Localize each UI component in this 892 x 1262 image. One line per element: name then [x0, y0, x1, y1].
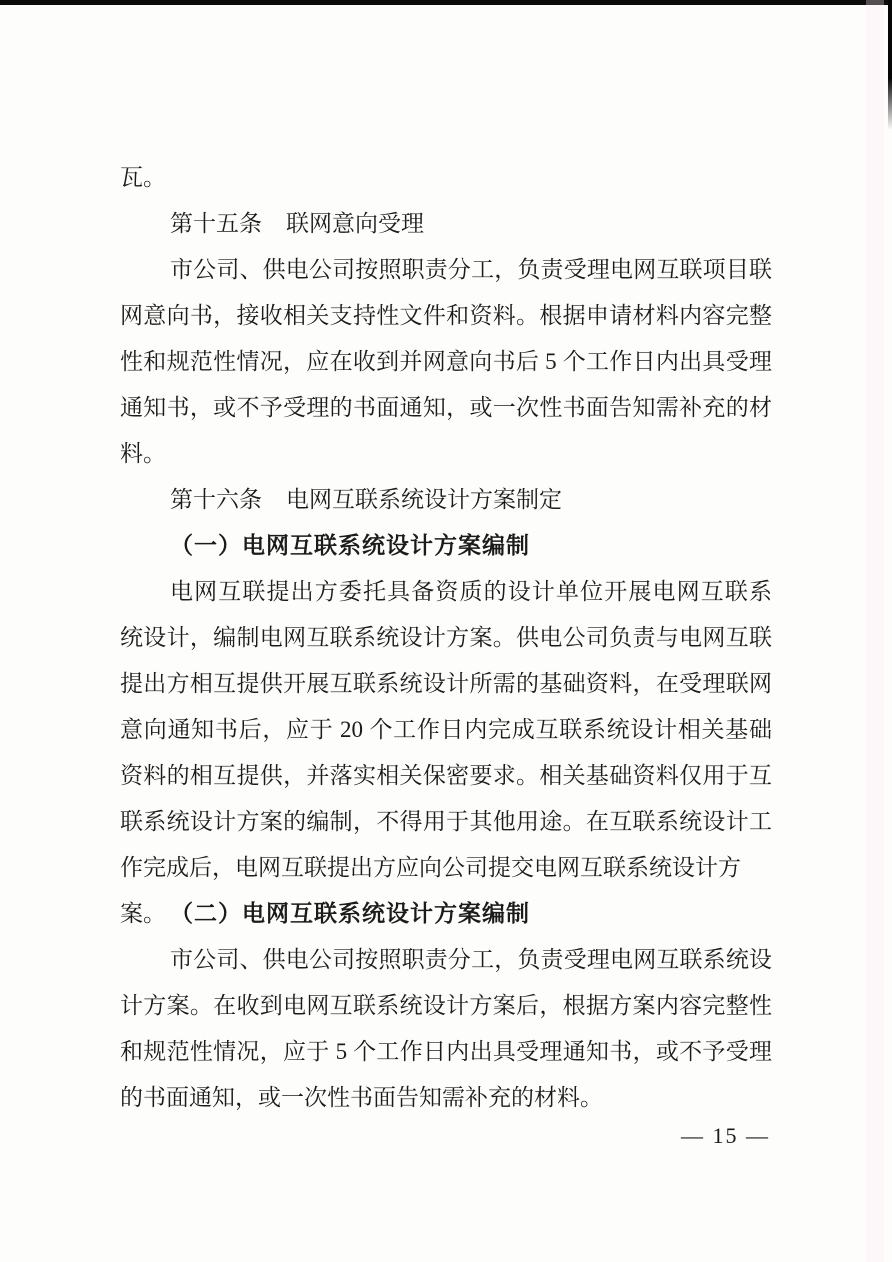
text-line: 计方案。在收到电网互联系统设计方案后，根据方案内容完整性 — [120, 983, 772, 1029]
text-line: 料。 — [120, 431, 772, 477]
text-line: 和规范性情况，应于 5 个工作日内出具受理通知书，或不予受理 — [120, 1029, 772, 1075]
scan-tint-streak — [866, 0, 884, 1262]
article-number: 第十五条 — [170, 211, 262, 236]
clause-heading: （二）电网互联系统设计方案编制 — [120, 891, 772, 937]
text-line: 提出方相互提供开展互联系统设计所需的基础资料，在受理联网 — [120, 661, 772, 707]
document-page: 瓦。第十五条联网意向受理市公司、供电公司按照职责分工，负责受理电网互联项目联网意… — [0, 0, 892, 1262]
article-heading: 第十五条联网意向受理 — [120, 201, 772, 247]
document-body: 瓦。第十五条联网意向受理市公司、供电公司按照职责分工，负责受理电网互联项目联网意… — [120, 155, 772, 1121]
scan-top-edge-bar — [0, 0, 892, 5]
article-heading: 第十六条电网互联系统设计方案制定 — [120, 477, 772, 523]
text-line: 资料的相互提供，并落实相关保密要求。相关基础资料仅用于互 — [120, 753, 772, 799]
text-line: 电网互联提出方委托具备资质的设计单位开展电网互联系 — [120, 569, 772, 615]
article-title: 联网意向受理 — [286, 211, 424, 236]
text-line: 联系统设计方案的编制，不得用于其他用途。在互联系统设计工 — [120, 799, 772, 845]
text-line: 作完成后，电网互联提出方应向公司提交电网互联系统设计方案。 — [120, 845, 772, 891]
article-number: 第十六条 — [170, 487, 262, 512]
text-line: 市公司、供电公司按照职责分工，负责受理电网互联项目联 — [120, 247, 772, 293]
continuation-line: 瓦。 — [120, 155, 772, 201]
page-number: — 15 — — [120, 1121, 770, 1151]
text-line: 市公司、供电公司按照职责分工，负责受理电网互联系统设 — [120, 937, 772, 983]
text-line: 的书面通知，或一次性书面告知需补充的材料。 — [120, 1075, 772, 1121]
text-line: 统设计，编制电网互联系统设计方案。供电公司负责与电网互联 — [120, 615, 772, 661]
article-title: 电网互联系统设计方案制定 — [286, 487, 562, 512]
text-line: 网意向书，接收相关支持性文件和资料。根据申请材料内容完整 — [120, 293, 772, 339]
text-line: 性和规范性情况，应在收到并网意向书后 5 个工作日内出具受理 — [120, 339, 772, 385]
text-line: 意向通知书后，应于 20 个工作日内完成互联系统设计相关基础 — [120, 707, 772, 753]
clause-heading: （一）电网互联系统设计方案编制 — [120, 523, 772, 569]
scan-right-edge-line — [888, 0, 892, 130]
text-line: 通知书，或不予受理的书面通知，或一次性书面告知需补充的材 — [120, 385, 772, 431]
